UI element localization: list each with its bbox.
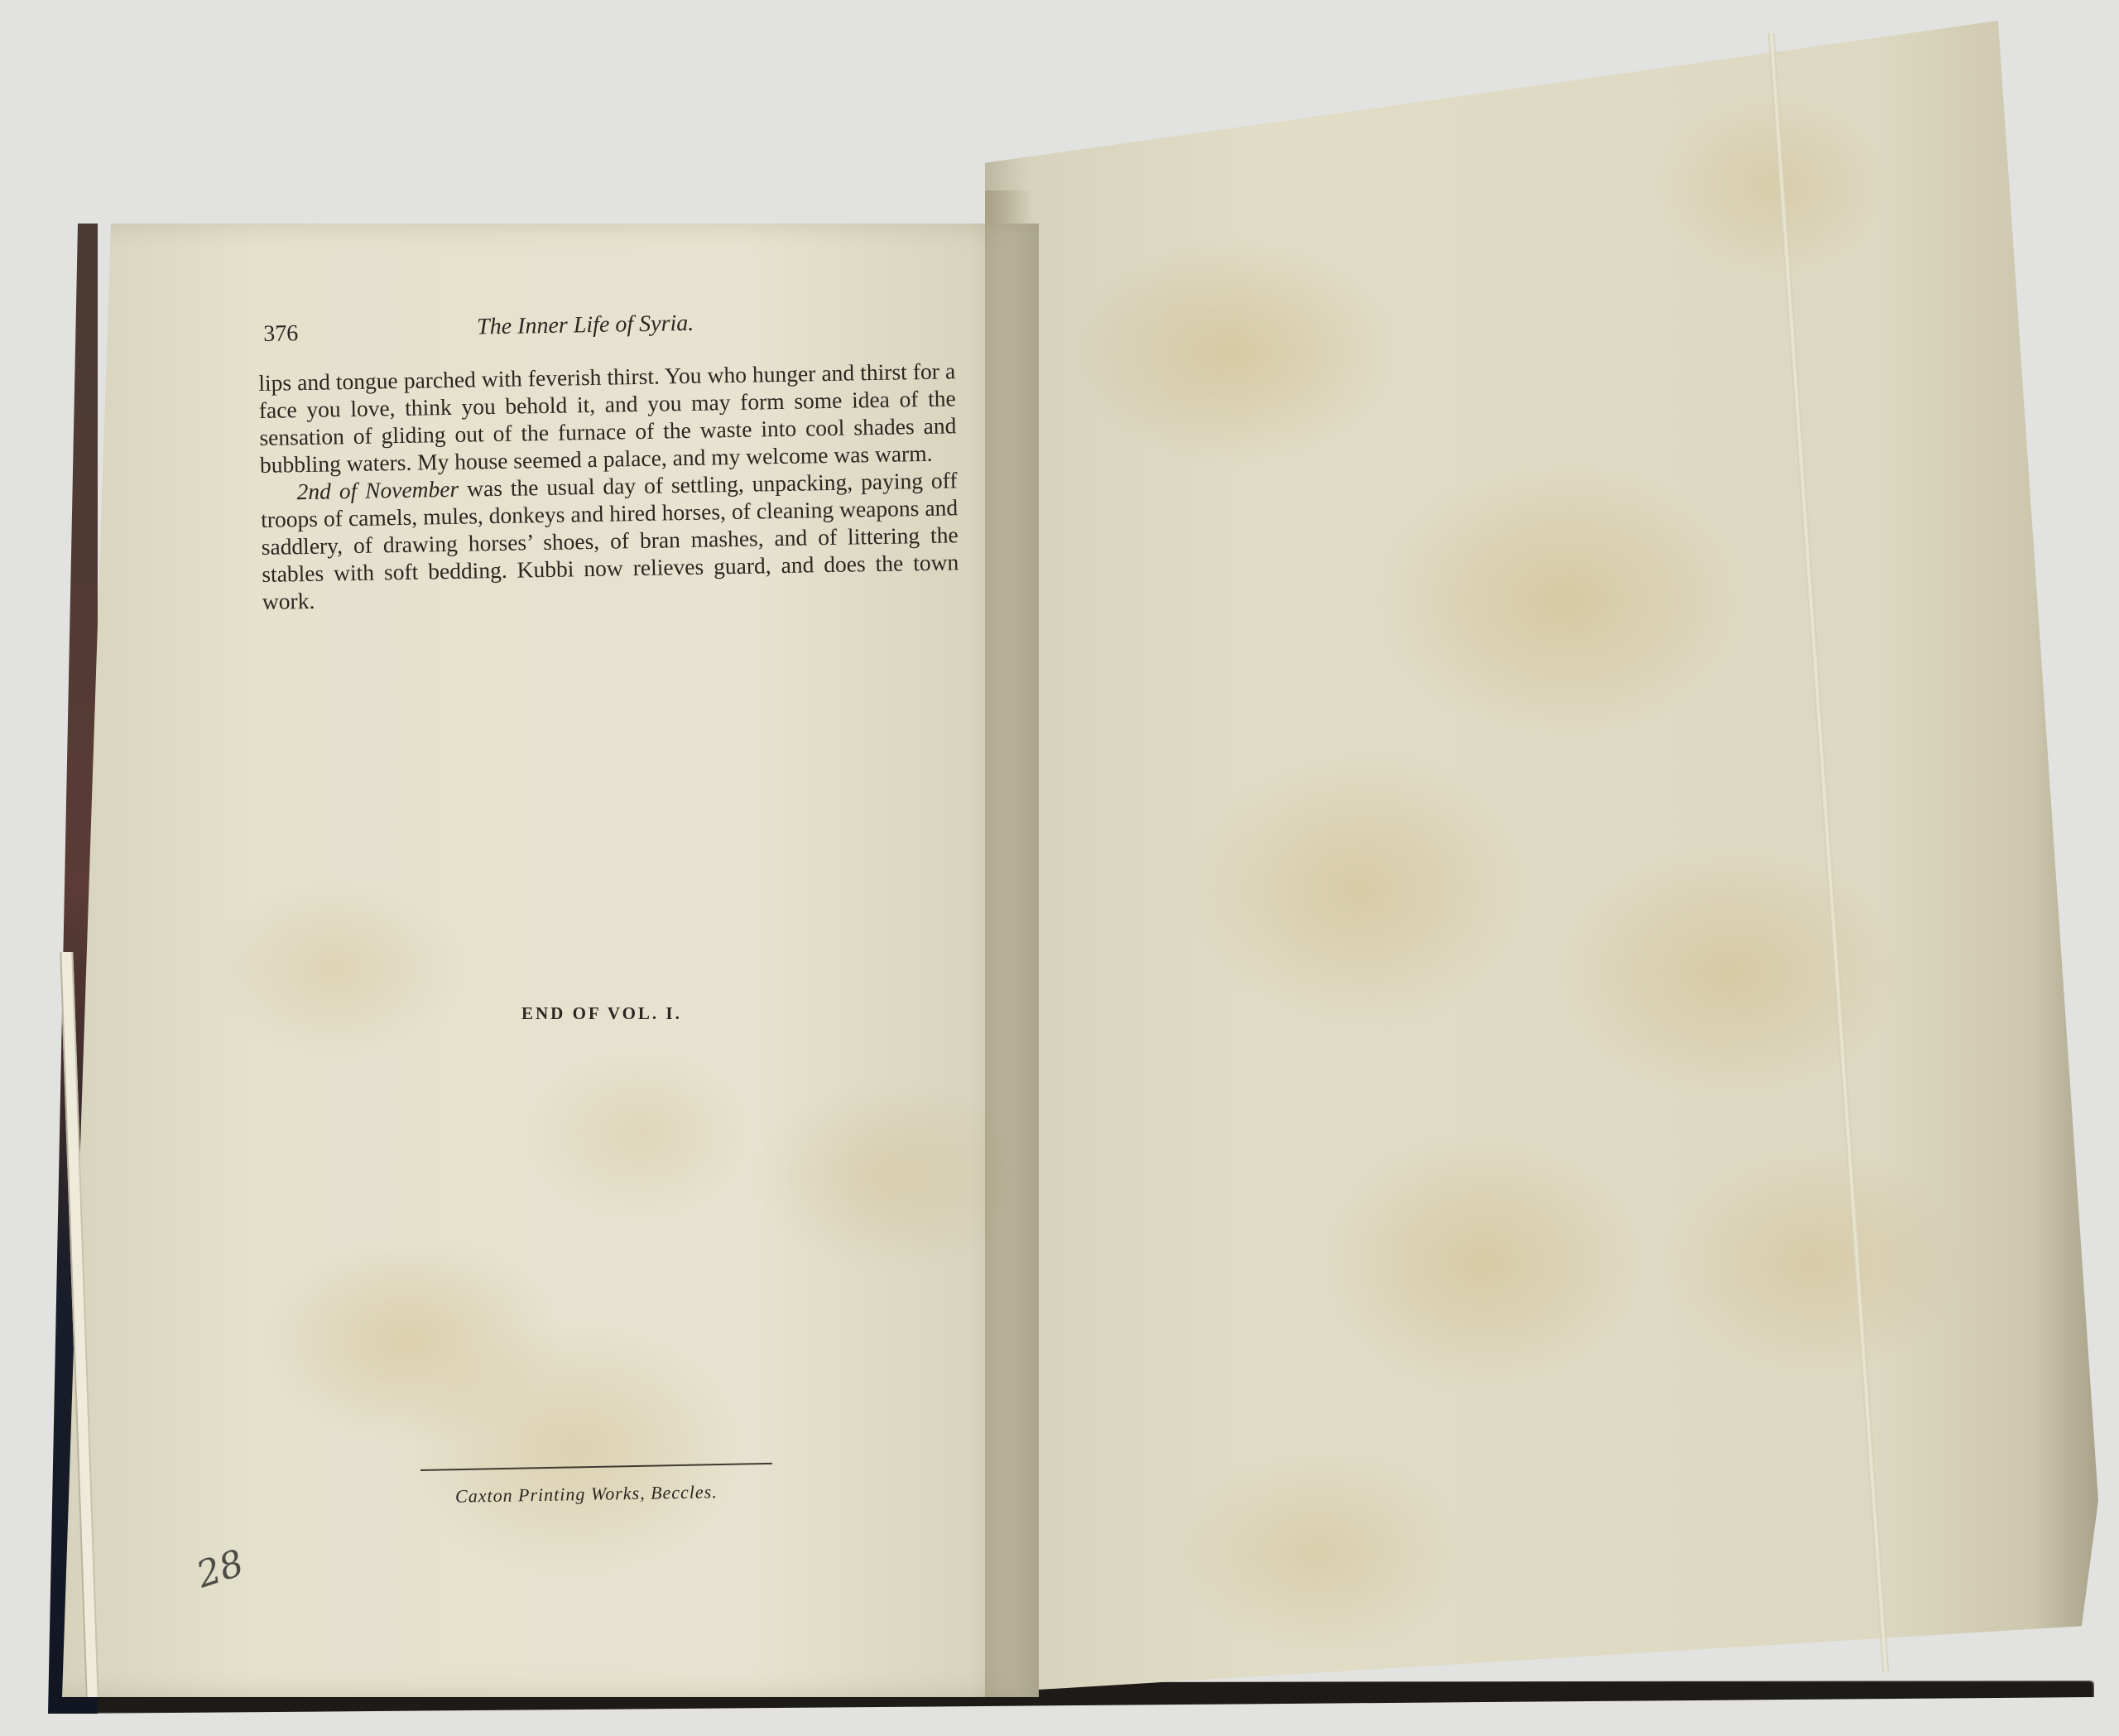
date-italic: 2nd of November: [296, 476, 459, 504]
running-title: The Inner Life of Syria.: [477, 310, 694, 341]
body-text: lips and tongue parched with feverish th…: [258, 357, 959, 615]
paragraph-1: lips and tongue parched with feverish th…: [258, 357, 957, 478]
right-page-blank: [985, 21, 2098, 1693]
paragraph-2: 2nd of November was the usual day of set…: [260, 466, 959, 615]
end-of-volume-marker: END OF VOL. I.: [521, 1003, 682, 1024]
printer-colophon: Caxton Printing Works, Beccles.: [455, 1481, 718, 1508]
page-number: 376: [263, 320, 299, 348]
book-gutter-shadow: [985, 190, 1035, 1697]
